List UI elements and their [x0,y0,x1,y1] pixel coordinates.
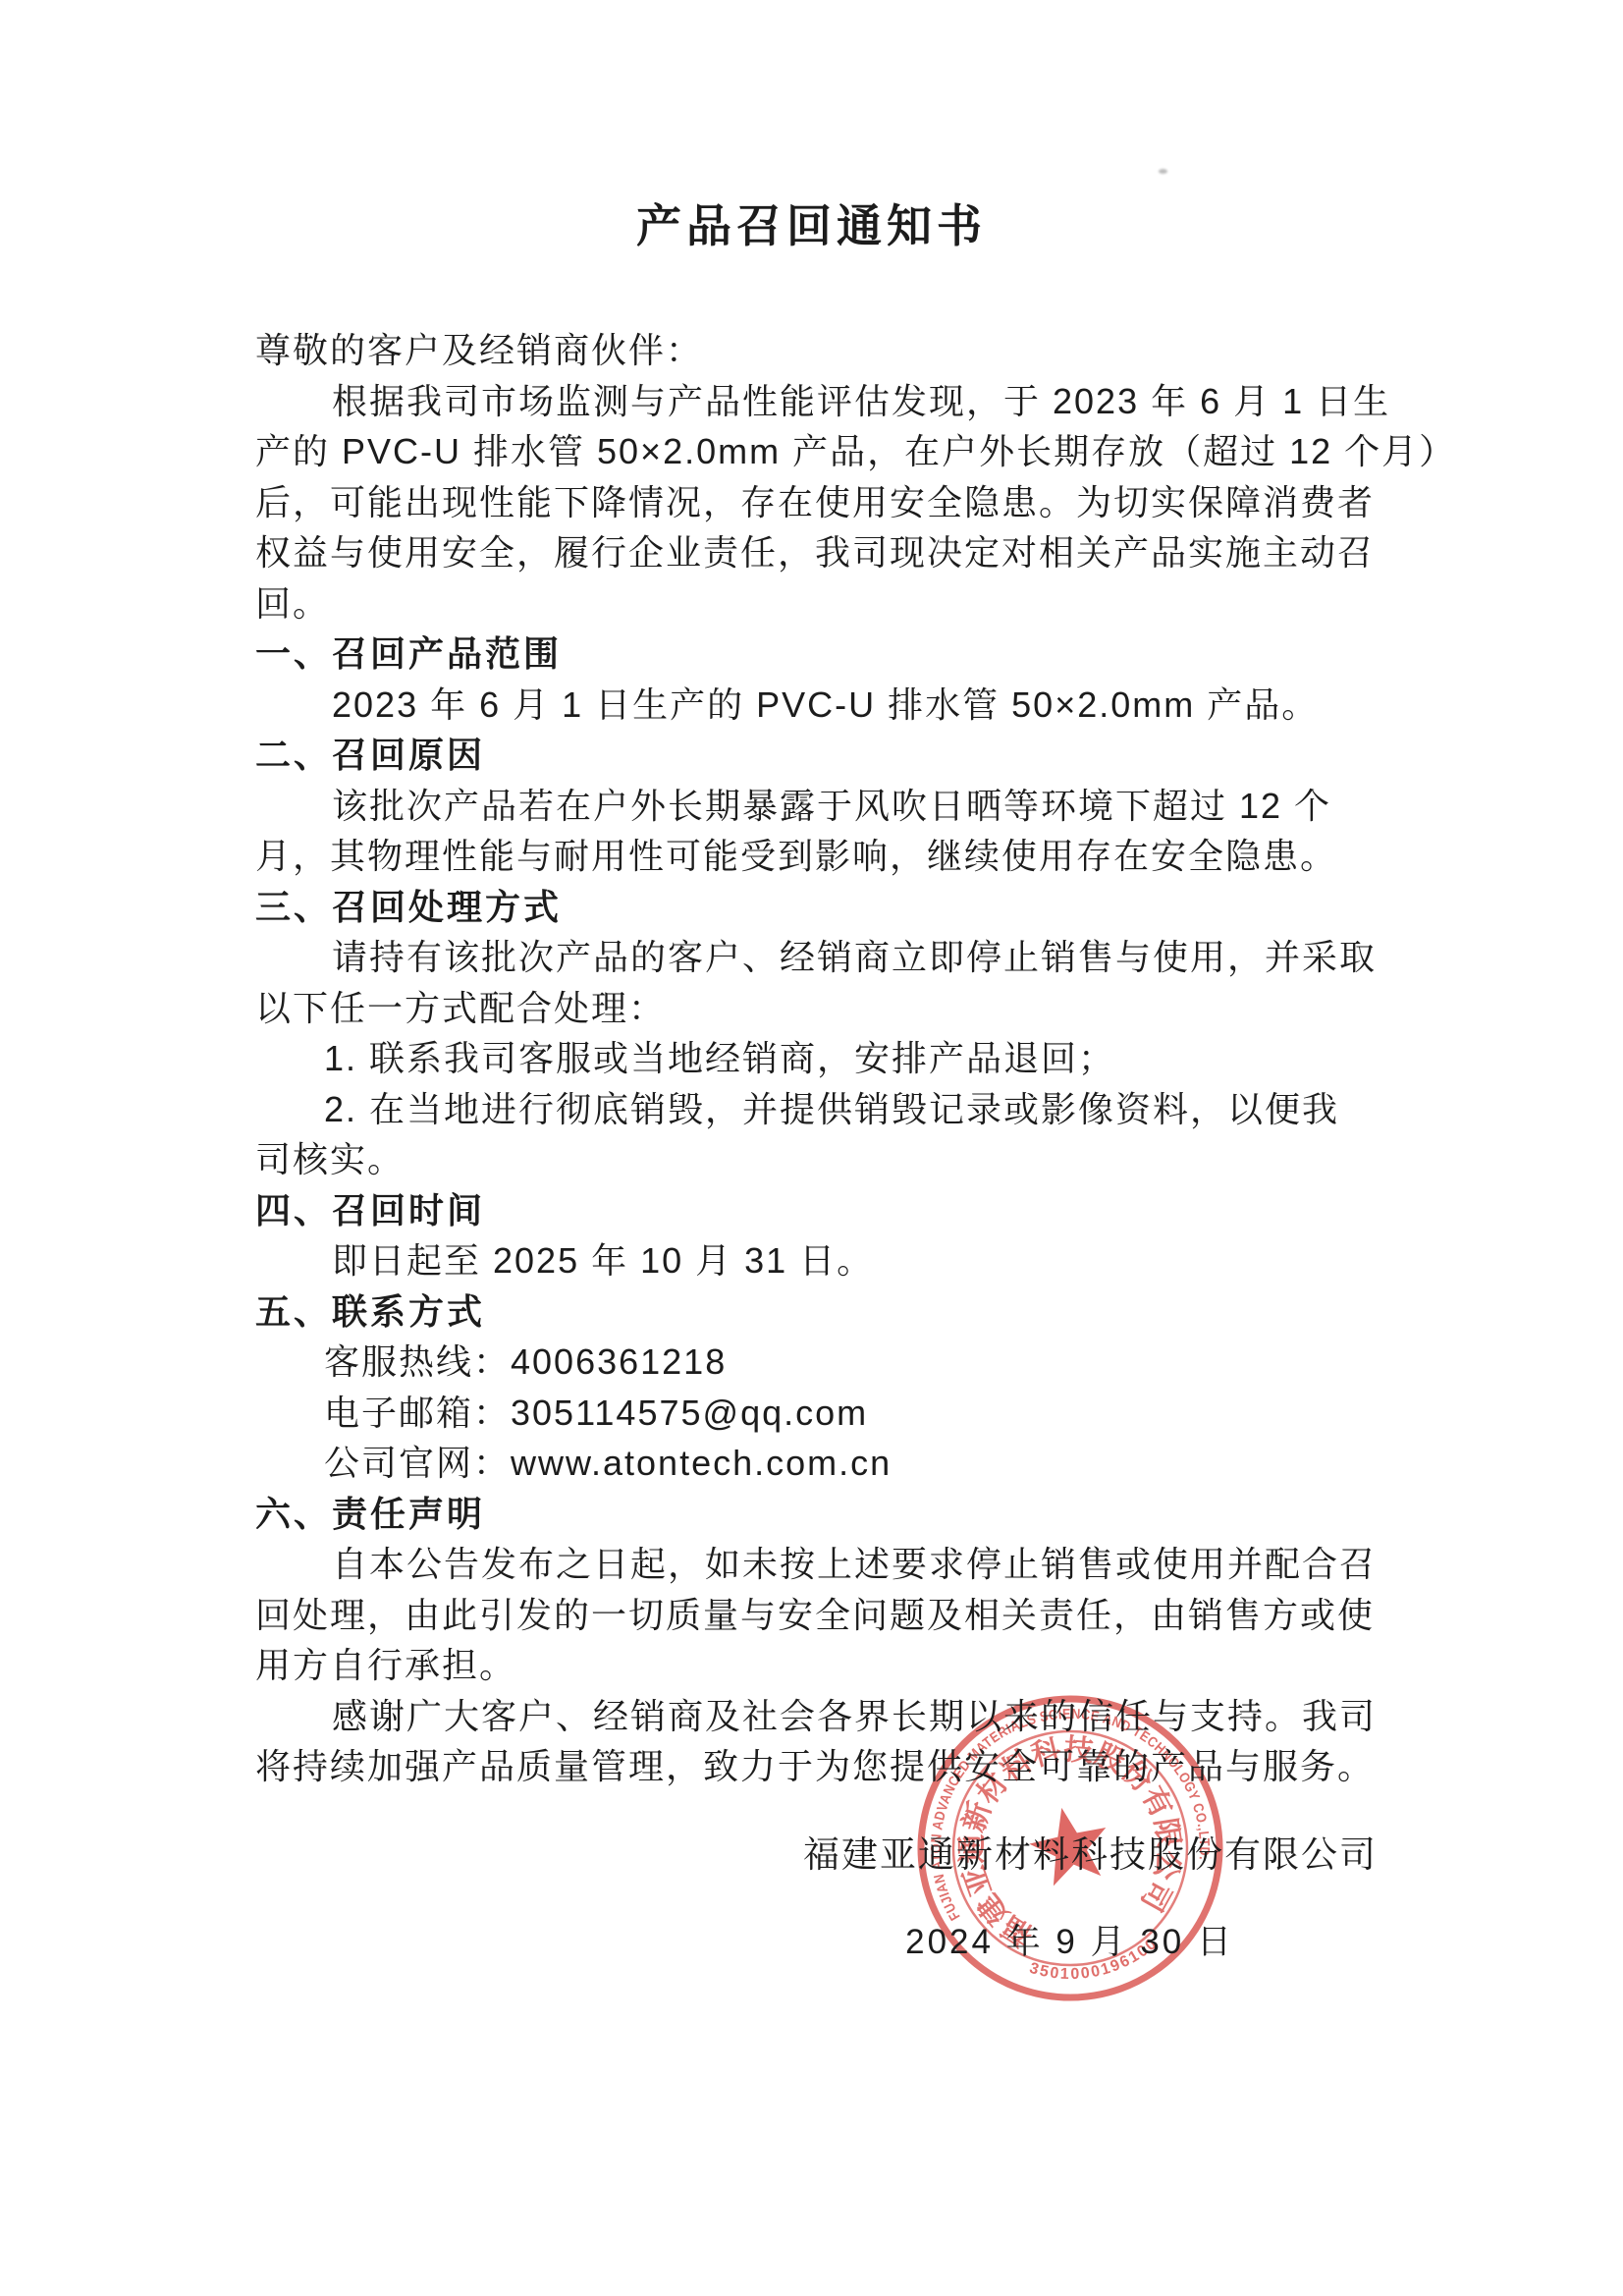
document-line: 以下任一方式配合处理： [255,983,1384,1034]
document-body: 尊敬的客户及经销商伙伴：根据我司市场监测与产品性能评估发现，于 2023 年 6… [255,325,1384,1792]
document-line: 1. 联系我司客服或当地经销商，安排产品退回； [255,1033,1384,1084]
document-line: 该批次产品若在户外长期暴露于风吹日晒等环境下超过 12 个 [255,781,1384,832]
document-line: 2. 在当地进行彻底销毁，并提供销毁记录或影像资料，以便我 [255,1084,1384,1135]
document-line: 司核实。 [255,1134,1384,1185]
recall-notice-page: 产品召回通知书 尊敬的客户及经销商伙伴：根据我司市场监测与产品性能评估发现，于 … [0,0,1623,2296]
document-line: 将持续加强产品质量管理，致力于为您提供安全可靠的产品与服务。 [255,1741,1384,1792]
document-line: 电子邮箱：305114575@qq.com [255,1388,1384,1439]
document-line: 二、召回原因 [255,730,1384,781]
document-line: 客服热线：4006361218 [255,1337,1384,1388]
document-line: 回。 [255,578,1384,629]
document-line: 尊敬的客户及经销商伙伴： [255,325,1384,376]
document-line: 产的 PVC-U 排水管 50×2.0mm 产品，在户外长期存放（超过 12 个… [255,426,1384,477]
document-line: 一、召回产品范围 [255,629,1384,680]
document-line: 根据我司市场监测与产品性能评估发现，于 2023 年 6 月 1 日生 [255,376,1384,427]
document-line: 用方自行承担。 [255,1640,1384,1691]
document-line: 权益与使用安全，履行企业责任，我司现决定对相关产品实施主动召 [255,527,1384,578]
signature-date: 2024 年 9 月 30 日 [905,1915,1234,1964]
document-line: 六、责任声明 [255,1489,1384,1540]
signature-company: 福建亚通新材料科技股份有限公司 [803,1825,1378,1878]
document-line: 自本公告发布之日起，如未按上述要求停止销售或使用并配合召 [255,1539,1384,1590]
document-line: 后，可能出现性能下降情况，存在使用安全隐患。为切实保障消费者 [255,477,1384,528]
document-title: 产品召回通知书 [0,191,1623,255]
document-line: 请持有该批次产品的客户、经销商立即停止销售与使用，并采取 [255,932,1384,983]
document-line: 2023 年 6 月 1 日生产的 PVC-U 排水管 50×2.0mm 产品。 [255,680,1384,731]
document-line: 回处理，由此引发的一切质量与安全问题及相关责任，由销售方或使 [255,1590,1384,1641]
document-line: 感谢广大客户、经销商及社会各界长期以来的信任与支持。我司 [255,1691,1384,1742]
document-line: 即日起至 2025 年 10 月 31 日。 [255,1235,1384,1286]
document-line: 四、召回时间 [255,1185,1384,1236]
document-line: 公司官网：www.atontech.com.cn [255,1438,1384,1489]
scan-artifact [1159,169,1167,174]
document-line: 月，其物理性能与耐用性可能受到影响，继续使用存在安全隐患。 [255,831,1384,882]
document-line: 五、联系方式 [255,1286,1384,1338]
document-line: 三、召回处理方式 [255,882,1384,933]
